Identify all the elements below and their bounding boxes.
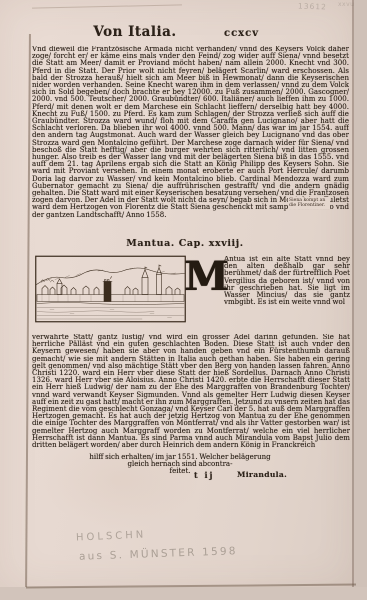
- gathering-signature-mark: t ij: [194, 470, 214, 480]
- pencil-annotation-source: aus S. MÜNSTER 1598: [79, 545, 238, 563]
- printed-margin-note: Siena kompt an die Florentiner.: [288, 197, 330, 209]
- city-panorama-icon: [35, 255, 186, 323]
- catchword: Mirandula.: [237, 470, 287, 479]
- mantua-body-paragraph: verwahrte Statt/ gantz lustig/ vnd wird …: [32, 334, 350, 454]
- mantua-intro-text: Antua ist ein alte Statt vnnd bey den al…: [224, 256, 350, 306]
- chapter-heading: Mantua. Cap. xxviij.: [95, 238, 275, 249]
- scan-backdrop-bottom: [0, 587, 367, 600]
- mantua-intro-column: MAntua ist ein alte Statt vnnd bey den a…: [184, 256, 350, 333]
- page-number: ccxcv: [224, 28, 259, 39]
- pencil-inventory-number: 13612: [298, 1, 327, 11]
- scan-backdrop-right: [354, 0, 367, 600]
- mantua-city-woodcut: [35, 255, 186, 323]
- page-right-edge: [352, 0, 354, 600]
- drop-cap-initial: M: [184, 256, 221, 300]
- running-title: Von Italia.: [75, 24, 195, 40]
- pencil-annotation-holschn: HOLSCHN: [76, 529, 147, 543]
- paper-sheet: Von Italia. ccxcv Vnd dieweil die Frantz…: [0, 0, 356, 590]
- scanned-book-page: Von Italia. ccxcv Vnd dieweil die Frantz…: [0, 0, 367, 600]
